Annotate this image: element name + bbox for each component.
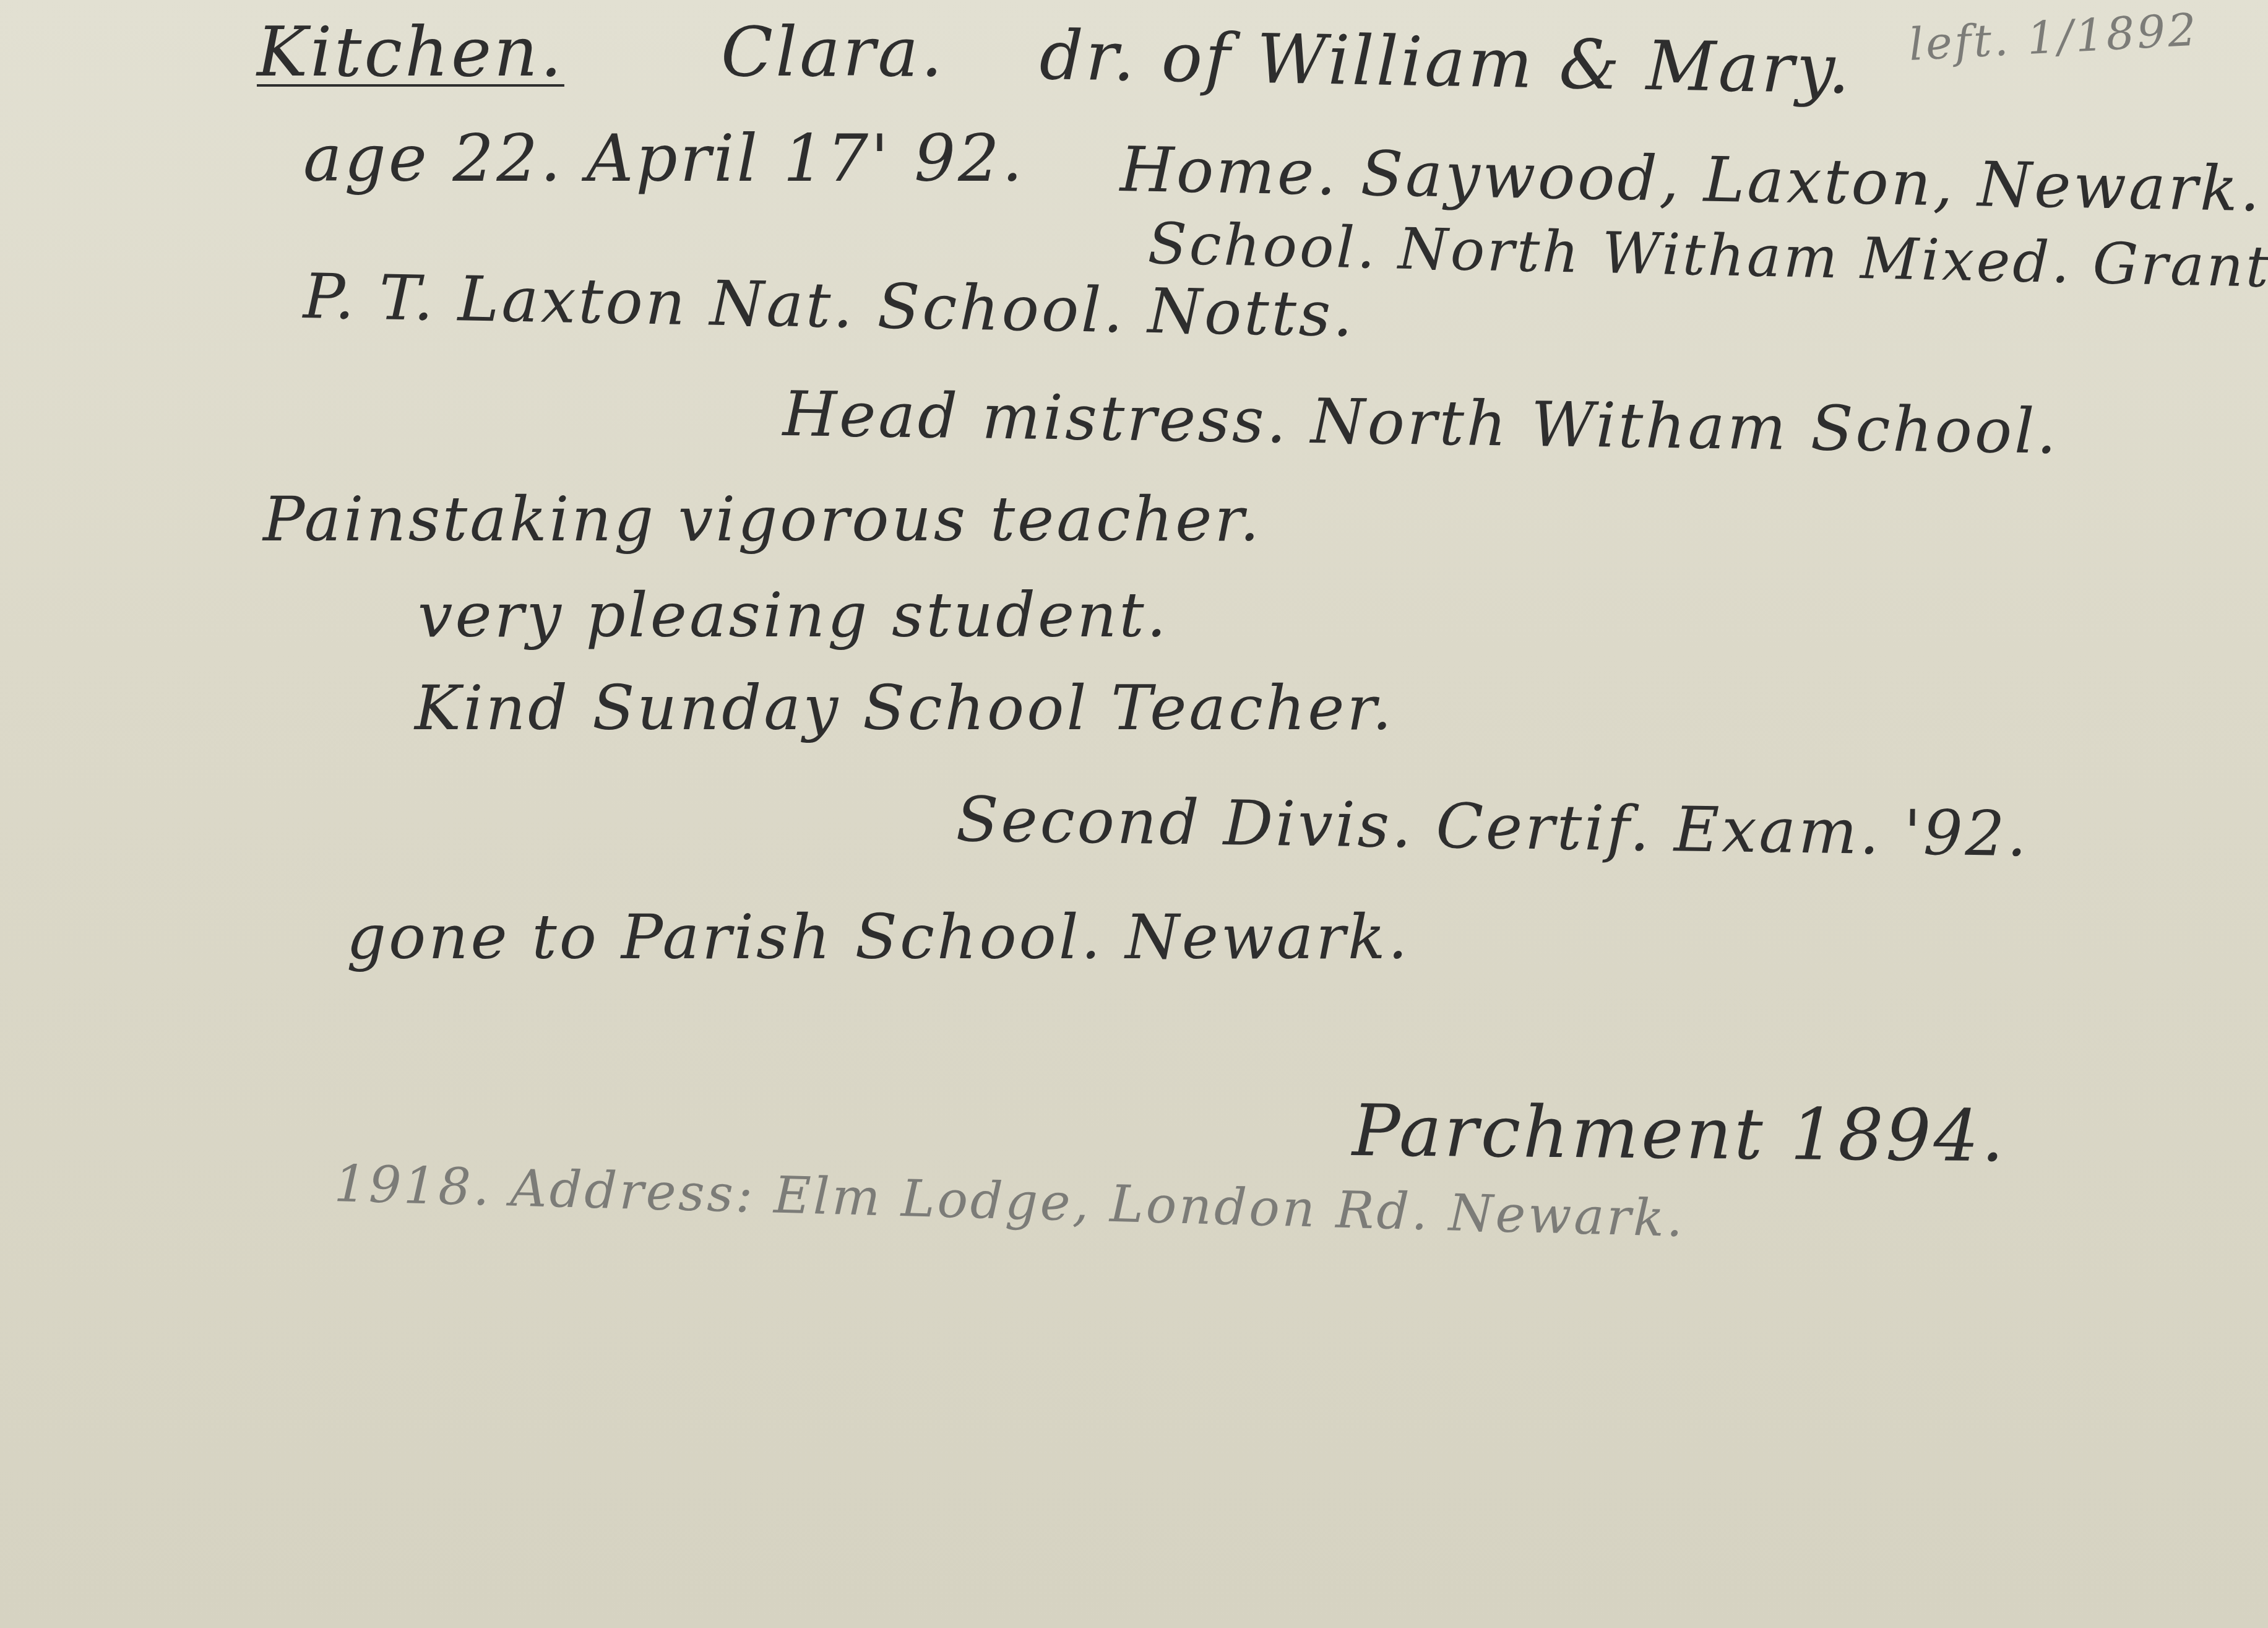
post: Head mistress. North Witham School. — [782, 378, 2059, 468]
remark-1: Painstaking vigorous teacher. — [263, 483, 1262, 555]
parchment: Parchment 1894. — [1352, 1089, 2007, 1178]
forename: Clara. — [721, 12, 945, 92]
age-line: age 22. April 17' 92. — [303, 121, 1025, 196]
pencil-note: left. 1/1892 — [1908, 4, 2200, 71]
home-address: Home. Saywood, Laxton, Newark. — [1119, 133, 2263, 225]
gone-to: gone to Parish School. Newark. — [347, 901, 1410, 973]
remark-3: Kind Sunday School Teacher. — [415, 672, 1394, 744]
parents: dr. of William & Mary. — [1039, 15, 1853, 109]
exam-result: Second Divis. Certif. Exam. '92. — [955, 783, 2030, 870]
surname: Kitchen. — [257, 12, 564, 92]
remark-2: very pleasing student. — [418, 579, 1169, 651]
record-card: Kitchen. Clara. dr. of William & Mary. l… — [0, 0, 2268, 1628]
